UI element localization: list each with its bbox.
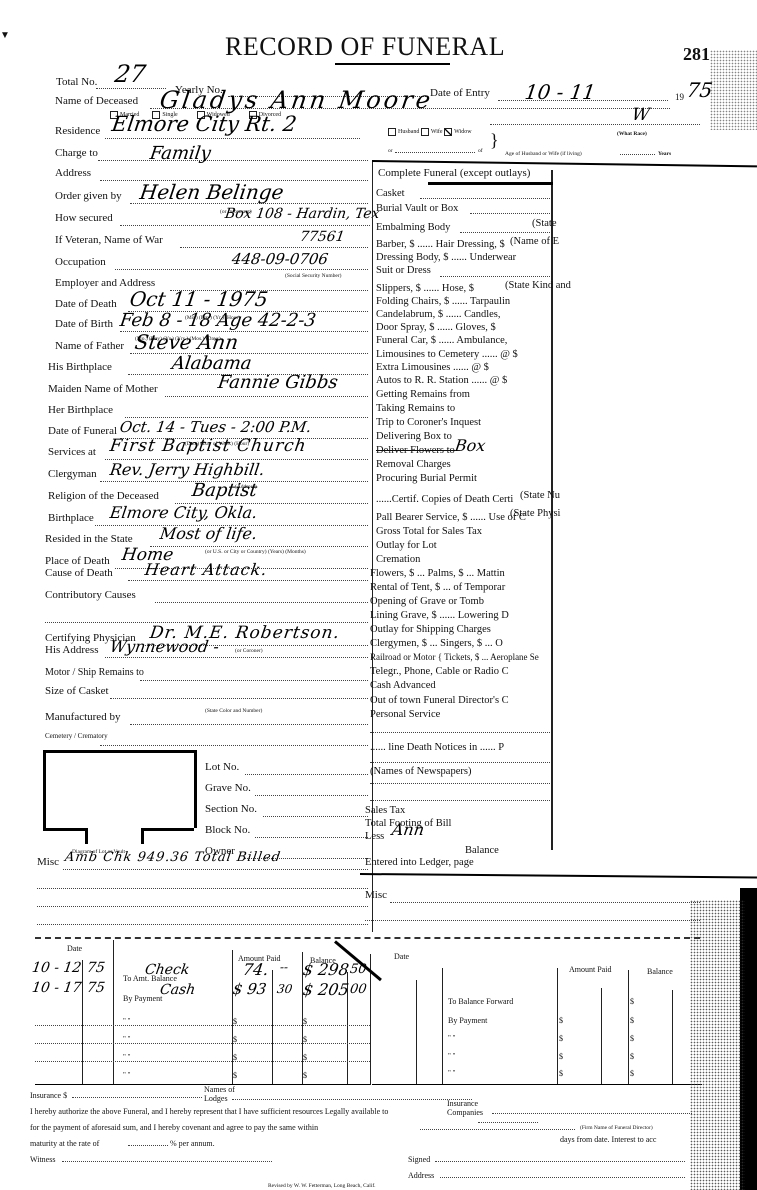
field-his-address-caption: (or Coroner): [235, 645, 263, 658]
ledger-left-bottom: [35, 1084, 370, 1085]
field-services-at-value[interactable]: First Baptist Church: [109, 436, 308, 456]
charge-taking-remains: Taking Remains to: [376, 402, 455, 415]
charge-less-value[interactable]: Ann: [391, 820, 426, 839]
ledger-right-col4: [601, 988, 602, 1085]
charge-dressing-body: Dressing Body, $ ...... Underwear: [376, 251, 516, 264]
charge-extra-limousines: Extra Limousines ...... @ $: [376, 361, 489, 374]
lot-no-line: [245, 774, 368, 775]
charge-funeral-car: Funeral Car, $ ...... Ambulance,: [376, 334, 507, 347]
insurance-label: Insurance $: [30, 1089, 67, 1102]
charge-gross-total: Gross Total for Sales Tax: [376, 525, 482, 538]
ledger-right-row5-paid: $: [559, 1067, 563, 1080]
charge-getting-remains: Getting Remains from: [376, 388, 470, 401]
signed-line: [435, 1161, 685, 1162]
years-label: Years: [658, 148, 671, 161]
field-his-address-value[interactable]: Wynnewood -: [109, 637, 221, 656]
charge-slippers: Slippers, $ ...... Hose, $: [376, 282, 474, 295]
ledger-left-rowline-4: [35, 1043, 370, 1044]
checkbox-husband[interactable]: Husband: [388, 129, 419, 135]
ledger-right-row3-balance: $: [630, 1032, 634, 1045]
field-date-of-death-value[interactable]: Oct 11 - 1975: [128, 287, 269, 311]
field-date-of-death-label: Date of Death: [55, 298, 117, 311]
misc-left-line: [63, 869, 368, 870]
field-occupation-label: Occupation: [55, 256, 106, 269]
ledger-right-col2: [442, 968, 443, 1085]
field-size-of-casket-label: Size of Casket: [45, 685, 109, 698]
field-cause-of-death-line: [128, 580, 368, 581]
charge-removal: Removal Charges: [376, 458, 451, 471]
charge-newspapers-caption: (Names of Newspapers): [370, 765, 471, 778]
charges-dots-4: [440, 276, 550, 277]
ledger-left-row3-desc: " ": [123, 1015, 130, 1028]
total-no-value[interactable]: 27: [113, 60, 147, 88]
misc-left-line-4: [37, 924, 368, 925]
field-her-birthplace-label: Her Birthplace: [48, 404, 113, 417]
residence-value[interactable]: Elmore City Rt. 2: [110, 112, 298, 136]
charge-candelabrum: Candelabrum, $ ...... Candles,: [376, 308, 501, 321]
residence-line: [105, 138, 360, 139]
year-prefix: 19: [675, 91, 684, 104]
field-date-of-birth-label: Date of Birth: [55, 318, 113, 331]
charge-embalming: Embalming Body: [376, 221, 450, 234]
field-mother-line: [165, 396, 368, 397]
charge-delivering-box: Delivering Box to: [376, 430, 452, 443]
field-birthplace-value[interactable]: Elmore City, Okla.: [109, 503, 259, 522]
ledger-right-row4-paid: $: [559, 1050, 563, 1063]
charges-dots-2: [470, 213, 550, 214]
misc-left-line-2: [37, 888, 368, 889]
section-no-label: Section No.: [205, 803, 257, 816]
signed-label: Signed: [408, 1153, 430, 1166]
margin-mark-icon: ▼: [0, 30, 10, 41]
misc-right-separator: [360, 873, 757, 878]
charge-cash-advanced: Cash Advanced: [370, 679, 436, 692]
field-cemetery-label: Cemetery / Crematory: [45, 730, 108, 743]
or-label: or: [388, 145, 393, 158]
charge-cremation: Cremation: [376, 553, 420, 566]
ledger-left-row1-year[interactable]: 75: [86, 960, 106, 976]
ledger-left-row1-handwritten[interactable]: Check: [144, 962, 191, 978]
lot-diagram-leg-right: [141, 828, 144, 844]
field-size-of-casket-caption: (State Color and Number): [205, 705, 262, 718]
grave-no-label: Grave No.: [205, 782, 251, 795]
age-spouse-label: Age of Husband or Wife (if living): [505, 148, 582, 161]
charge-autos-rr: Autos to R. R. Station ...... @ $: [376, 374, 507, 387]
field-his-birthplace-label: His Birthplace: [48, 361, 112, 374]
authorize-line: [478, 1122, 538, 1123]
charges-header-underline: [428, 182, 553, 185]
field-mother-value[interactable]: Fannie Gibbs: [217, 372, 340, 393]
revised-by: Revised by W. W. Fetterman, Long Beach, …: [268, 1180, 376, 1190]
ledger-right-balance-header: Balance: [647, 967, 673, 976]
charge-deliver-flowers: Deliver Flowers to: [376, 444, 455, 457]
ledger-left-row1-date[interactable]: 10 - 12: [31, 960, 83, 976]
charge-entered-ledger: Entered into Ledger, page: [365, 856, 474, 869]
field-his-birthplace-value[interactable]: Alabama: [171, 353, 253, 374]
misc-right-line: [390, 902, 700, 903]
spouse-options: Husband Wife Widow: [388, 128, 472, 136]
ledger-right-row3-paid: $: [559, 1032, 563, 1045]
misc-left-value[interactable]: Amb Chk 949.36 Total Billed: [64, 850, 282, 865]
ledger-right-row2-paid: $: [559, 1014, 563, 1027]
maturity-line: [128, 1145, 168, 1146]
charges-dots-1: [420, 198, 550, 199]
charge-door-spray: Door Spray, $ ...... Gloves, $: [376, 321, 496, 334]
charge-death-notices: ...... line Death Notices in ...... P: [370, 741, 504, 754]
field-father-value[interactable]: Steve Ann: [133, 330, 240, 354]
ledger-right-paid-header: Amount Paid: [569, 965, 611, 974]
date-of-entry-label: Date of Entry: [430, 87, 490, 100]
ledger-left-row3-paid: $: [233, 1015, 237, 1028]
field-manufactured-by-label: Manufactured by: [45, 711, 120, 724]
charge-tickets: Railroad or Motor { Tickets, $ ... Aerop…: [370, 651, 539, 664]
title-underline: [335, 63, 450, 65]
field-address-label: Address: [55, 167, 91, 180]
charge-pall-bearer: Pall Bearer Service, $ ...... Use of C: [376, 511, 526, 524]
ledger-left-row6-paid: $: [233, 1069, 237, 1082]
address-line: [440, 1177, 685, 1178]
field-cause-of-death-value[interactable]: Heart Attack.: [144, 560, 269, 579]
field-size-of-casket-line: [110, 698, 368, 699]
ledger-left-row2-balance-cents[interactable]: 00: [349, 982, 368, 997]
charge-limousines: Limousines to Cemetery ...... @ $: [376, 348, 518, 361]
charges-dots-3: [460, 232, 550, 233]
charge-suit-or-dress: Suit or Dress: [376, 264, 431, 277]
charge-coroner: Trip to Coroner's Inquest: [376, 416, 481, 429]
ledger-left-date-header: Date: [67, 944, 82, 953]
ledger-left-row4-desc: " ": [123, 1033, 130, 1046]
field-resided-value[interactable]: Most of life.: [159, 524, 259, 543]
ledger-right-row2-desc: By Payment: [448, 1014, 487, 1027]
misc-right-label: Misc: [365, 889, 387, 902]
field-clergyman-value[interactable]: Rev. Jerry Highbill.: [109, 460, 266, 479]
page-number: 281: [683, 44, 710, 65]
field-date-of-birth-value[interactable]: Feb 8 - 18 Age 42-2-3: [119, 310, 318, 331]
ledger-left-row6-desc: " ": [123, 1069, 130, 1082]
ledger-left-row2-balance[interactable]: $ 205: [302, 980, 350, 999]
lot-diagram-bottom-left: [43, 828, 85, 831]
ledger-left-row1-paid-cents[interactable]: --: [279, 960, 289, 974]
ledger-left-col1: [82, 960, 83, 1085]
grave-no-line: [255, 795, 368, 796]
race-line: [490, 124, 700, 125]
ledger-left-row4-balance: $: [303, 1033, 307, 1046]
name-of-deceased-value[interactable]: Gladys Ann Moore: [158, 86, 435, 114]
charge-blank-line-3: [370, 800, 550, 801]
race-caption: (What Race): [617, 128, 647, 141]
authorize-text: I hereby authorize the above Funeral, an…: [30, 1105, 388, 1118]
field-father-label: Name of Father: [55, 340, 124, 353]
field-remains-to-label: Motor / Ship Remains to: [45, 666, 144, 679]
residence-label: Residence: [55, 125, 100, 138]
ledger-right-bottom: [372, 1084, 702, 1085]
charge-barber: Barber, $ ...... Hair Dressing, $: [376, 238, 505, 251]
misc-left-label: Misc: [37, 856, 59, 869]
payment-line: [420, 1129, 575, 1130]
lot-diagram-box: [43, 750, 197, 828]
lot-no-label: Lot No.: [205, 761, 239, 774]
maturity-text: maturity at the rate of: [30, 1137, 99, 1150]
ledger-right-row3-desc: " ": [448, 1032, 455, 1045]
document-title: RECORD OF FUNERAL: [225, 32, 505, 62]
field-order-given-by-value[interactable]: Helen Belinge: [138, 180, 285, 204]
field-his-address-label: His Address: [45, 644, 98, 657]
ledger-right-row5-balance: $: [630, 1067, 634, 1080]
days-text: days from date. Interest to acc: [560, 1133, 656, 1146]
total-no-line: [96, 88, 166, 89]
ledger-left-row2-paid-cents[interactable]: 30: [276, 982, 293, 996]
ledger-right-row4-desc: " ": [448, 1050, 455, 1063]
charge-lining-grave: Lining Grave, $ ...... Lowering D: [370, 609, 509, 622]
field-occupation-value[interactable]: 448-09-0706: [231, 250, 330, 268]
ledger-left-col2: [113, 940, 114, 1085]
field-veteran-value[interactable]: 77561: [299, 229, 346, 245]
field-order-given-by-label: Order given by: [55, 190, 122, 203]
ledger-left-row5-desc: " ": [123, 1051, 130, 1064]
insurance-line: [72, 1097, 202, 1098]
total-no-label: Total No.: [56, 76, 97, 89]
ledger-left-row4-paid: $: [233, 1033, 237, 1046]
field-clergyman-label: Clergyman: [48, 468, 97, 481]
field-contributory-label: Contributory Causes: [45, 589, 136, 602]
brace-icon: }: [490, 130, 499, 151]
field-resided-caption: (or U.S. or City or Country) (Years) (Mo…: [205, 546, 306, 559]
ledger-left-row2-paid[interactable]: $ 93: [232, 980, 268, 998]
caption-state-nu: (State Nu: [520, 489, 560, 502]
per-annum-text: % per annum.: [170, 1137, 215, 1150]
caption-state: (State: [532, 217, 557, 230]
misc-right-line-2: [365, 920, 700, 921]
lodges-label-2: Lodges: [204, 1092, 228, 1105]
witness-label: Witness: [30, 1153, 55, 1166]
field-services-at-label: Services at: [48, 446, 96, 459]
witness-line: [62, 1161, 272, 1162]
lot-diagram-bottom-right: [142, 828, 194, 831]
charge-personal-service: Personal Service: [370, 708, 440, 721]
charge-to-value[interactable]: Family: [149, 143, 213, 164]
field-occupation-caption: (Social Security Number): [285, 270, 342, 283]
charge-delivering-box-value[interactable]: Box: [454, 436, 487, 455]
charge-opening-grave: Opening of Grave or Tomb: [370, 595, 484, 608]
race-value[interactable]: W: [631, 105, 651, 125]
ledger-left-row1-balance[interactable]: $ 298: [302, 960, 350, 979]
ledger-left-row2-handwritten[interactable]: Cash: [159, 982, 197, 998]
ledger-left-row2-desc: By Payment: [123, 992, 162, 1005]
charge-out-of-town: Out of town Funeral Director's C: [370, 694, 509, 707]
ledger-right-col1: [416, 980, 417, 1085]
ledger-left: Date Amount Paid Balance 10 - 12 75 To A…: [35, 940, 370, 1085]
charge-blank-line: [370, 732, 550, 733]
misc-left-line-3: [37, 906, 368, 907]
scan-speckle-bottom: [690, 900, 745, 1190]
companies-line: [492, 1113, 692, 1114]
companies-label-2: Companies: [447, 1106, 483, 1119]
field-manufactured-by-line: [130, 724, 368, 725]
ledger-right-date-header: Date: [394, 952, 409, 961]
charge-folding-chairs: Folding Chairs, $ ...... Tarpaulin: [376, 295, 510, 308]
field-resided-label: Resided in the State: [45, 533, 133, 546]
field-religion-value[interactable]: Baptist: [191, 480, 259, 501]
charge-rental-tent: Rental of Tent, $ ... of Temporar: [370, 581, 505, 594]
field-date-of-funeral-value[interactable]: Oct. 14 - Tues - 2:00 P.M.: [119, 418, 313, 436]
ledger-left-row3-balance: $: [303, 1015, 307, 1028]
ledger-right-col5: [628, 970, 629, 1085]
name-of-deceased-label: Name of Deceased: [55, 95, 138, 108]
charge-death-certificates: ......Certif. Copies of Death Certi: [376, 493, 513, 506]
charge-burial-permit: Procuring Burial Permit: [376, 472, 477, 485]
caption-state-kind: (State Kind and: [505, 279, 571, 292]
charge-burial-vault: Burial Vault or Box: [376, 202, 458, 215]
date-of-entry-value[interactable]: 10 - 11: [523, 80, 597, 104]
ledger-right: Date Amount Paid Balance To Balance Forw…: [372, 940, 702, 1085]
ledger-left-row5-balance: $: [303, 1051, 307, 1064]
ledger-dashed-rule: [35, 937, 700, 939]
ledger-right-row2-balance: $: [630, 1014, 634, 1027]
ledger-right-row1-balance: $: [630, 995, 634, 1008]
address-label: Address: [408, 1169, 434, 1182]
caption-name-of-e: (Name of E: [510, 235, 559, 248]
charge-shipping: Outlay for Shipping Charges: [370, 623, 491, 636]
section-no-line: [263, 816, 368, 817]
ledger-left-row2-date[interactable]: 10 - 17: [31, 980, 83, 996]
charge-blank-line-2: [370, 783, 550, 784]
field-how-secured-label: How secured: [55, 212, 113, 225]
ledger-left-rowline-5: [35, 1061, 370, 1062]
ledger-right-row5-desc: " ": [448, 1067, 455, 1080]
ledger-right-col3: [557, 968, 558, 1085]
ledger-left-row2-year[interactable]: 75: [86, 980, 106, 996]
field-contributory-line: [155, 602, 368, 603]
field-birthplace-label: Birthplace: [48, 512, 94, 525]
charge-sales-tax: Sales Tax: [365, 804, 405, 817]
field-how-secured-line: [120, 225, 370, 226]
field-veteran-label: If Veteran, Name of War: [55, 234, 163, 247]
ledger-right-col6: [672, 990, 673, 1085]
field-veteran-line: [180, 247, 368, 248]
block-no-line: [255, 837, 368, 838]
payment-text: for the payment of aforesaid sum, and I …: [30, 1121, 318, 1134]
scan-speckle-top: [710, 50, 757, 130]
ledger-left-rowline-3: [35, 1025, 370, 1026]
of-label: of: [478, 145, 483, 158]
charge-less: Less: [365, 830, 384, 843]
field-date-of-funeral-label: Date of Funeral: [48, 425, 117, 438]
charge-casket: Casket: [376, 187, 405, 200]
charges-header: Complete Funeral (except outlays): [378, 167, 530, 180]
lot-diagram-leg-left: [85, 828, 88, 844]
charge-clergymen: Clergymen, $ ... Singers, $ ... O: [370, 637, 503, 650]
field-remains-to-line: [140, 680, 368, 681]
field-cause-of-death-label: Cause of Death: [45, 567, 113, 580]
ledger-left-col4: [272, 970, 273, 1085]
charge-to-line: [98, 160, 368, 161]
caption-state-physi: (State Physi: [510, 507, 560, 520]
field-how-secured-value[interactable]: Box 108 - Hardin, Tex: [224, 206, 381, 222]
block-no-label: Block No.: [205, 824, 250, 837]
field-cemetery-line: [100, 745, 368, 746]
field-religion-label: Religion of the Deceased: [48, 490, 159, 503]
checkbox-widow[interactable]: Widow: [444, 129, 471, 135]
field-mother-label: Maiden Name of Mother: [48, 383, 158, 396]
charge-flowers: Flowers, $ ... Palms, $ ... Mattin: [370, 567, 505, 580]
or-line: [395, 152, 475, 153]
ledger-left-row1-paid[interactable]: 74.: [242, 960, 270, 979]
age-spouse-line: [620, 154, 655, 155]
ledger-right-row1-desc: To Balance Forward: [448, 995, 513, 1008]
checkbox-wife[interactable]: Wife: [421, 129, 443, 135]
charge-newspapers-line: [370, 762, 550, 763]
lodges-line: [232, 1099, 472, 1100]
ledger-left-row6-balance: $: [303, 1069, 307, 1082]
charge-to-label: Charge to: [55, 147, 98, 160]
charge-outlay-lot: Outlay for Lot: [376, 539, 437, 552]
ledger-right-row4-balance: $: [630, 1050, 634, 1063]
charge-telegr: Telegr., Phone, Cable or Radio C: [370, 665, 509, 678]
ledger-left-row5-paid: $: [233, 1051, 237, 1064]
